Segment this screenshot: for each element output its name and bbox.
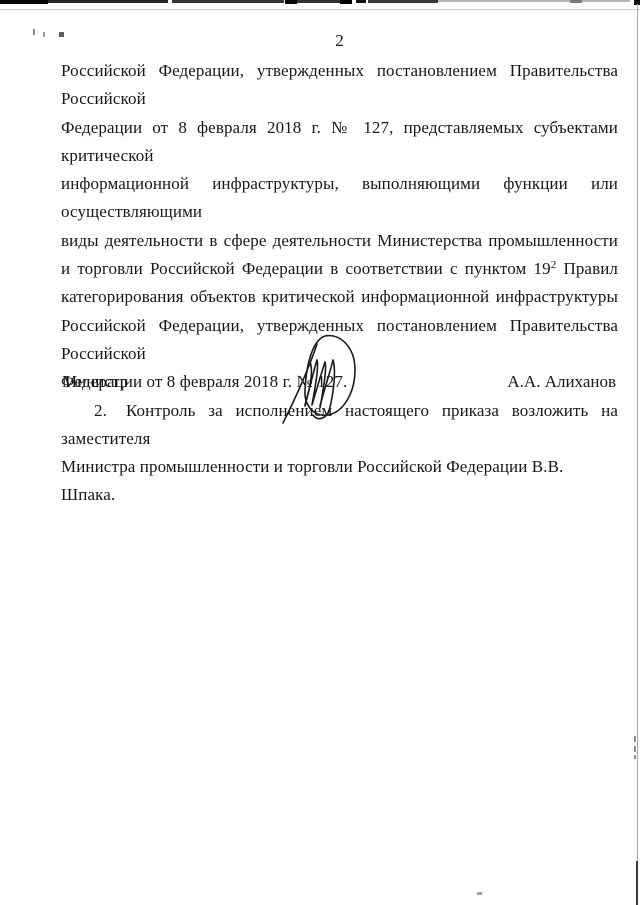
scan-artifact-top-band [0, 0, 48, 4]
scan-speck [33, 29, 35, 35]
scan-artifact-edge-dash [634, 746, 636, 752]
scan-artifact-top-band [285, 0, 297, 4]
scan-artifact-right-edge-line [637, 4, 638, 905]
body-line: и торговли Российской Федерации в соотве… [61, 255, 618, 283]
body-line-text: Правил [556, 259, 618, 278]
scan-speck [477, 892, 482, 895]
scan-artifact-top-band [438, 0, 630, 2]
scan-artifact-top-band [356, 0, 366, 3]
body-line: Министра промышленности и торговли Росси… [61, 453, 618, 510]
page-number: 2 [61, 31, 618, 51]
signatory-name: А.А. Алиханов [507, 372, 616, 392]
document-body: Российской Федерации, утвержденных поста… [61, 57, 618, 510]
scan-artifact-top-band [297, 0, 340, 3]
scan-artifact-top-band [48, 0, 168, 3]
scan-artifact-hairline [0, 9, 640, 10]
signatory-title: Министр [62, 372, 128, 392]
scan-artifact-edge-dash [634, 755, 636, 759]
body-line: виды деятельности в сфере деятельности М… [61, 227, 618, 255]
handwritten-signature [279, 331, 361, 427]
body-line: информационной инфраструктуры, выполняющ… [61, 170, 618, 227]
scan-artifact-top-band [570, 0, 582, 3]
body-line: Российской Федерации, утвержденных поста… [61, 57, 618, 114]
body-line: категорирования объектов критической инф… [61, 283, 618, 311]
scan-artifact-top-band [172, 0, 284, 3]
body-line: Федерации от 8 февраля 2018 г. № 127, пр… [61, 114, 618, 171]
document-page: 2 Российской Федерации, утвержденных пос… [0, 0, 640, 905]
scan-speck [43, 32, 45, 37]
scan-artifact-top-band [340, 0, 352, 4]
scan-artifact-edge-dark-segment [636, 861, 638, 905]
scan-artifact-top-band [368, 0, 438, 3]
list-item-number: 2. [94, 401, 107, 420]
scan-artifact-edge-dash [634, 736, 636, 742]
body-line-text: и торговли Российской Федерации в соотве… [61, 259, 551, 278]
